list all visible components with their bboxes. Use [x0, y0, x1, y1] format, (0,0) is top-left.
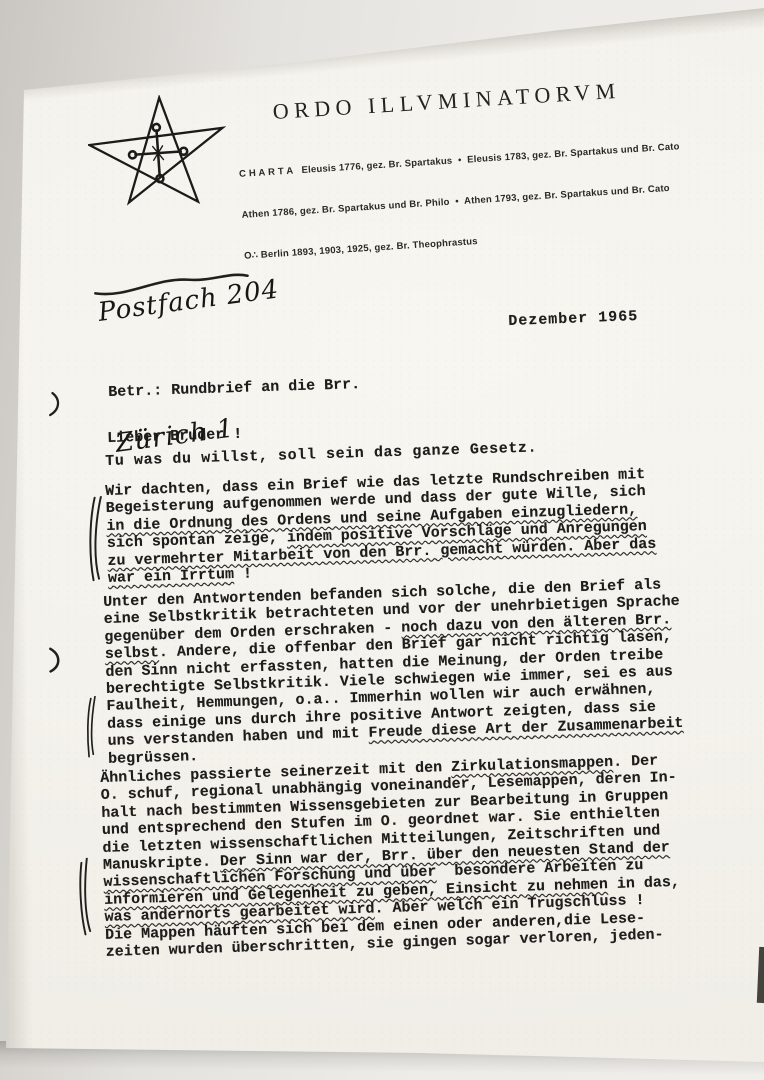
charta-line: C H A R T A Eleusis 1776, gez. Br. Spart…: [239, 140, 680, 181]
margin-double-stroke-mark: [83, 696, 98, 758]
photo-background: ORDO ILLVMINATORVM C H A R T A Eleusis 1…: [0, 0, 764, 1080]
underlined-text: selbst: [105, 644, 160, 663]
charta-line: O∴ Berlin 1893, 1903, 1925, gez. Br. The…: [244, 222, 685, 263]
charta-block: C H A R T A Eleusis 1776, gez. Br. Spart…: [237, 113, 687, 290]
margin-paren-mark: [46, 390, 66, 419]
text-segment: in das,: [608, 874, 681, 893]
date-line: Dezember 1965: [508, 308, 639, 330]
paragraph: Wir dachten, dass ein Brief wie das letz…: [105, 466, 657, 588]
margin-double-stroke-mark: [76, 858, 95, 937]
text-segment: !: [234, 565, 253, 583]
underlined-text: war ein Irrtum: [108, 566, 235, 587]
text-segment: . Der: [613, 752, 659, 770]
charta-line: Athen 1786, gez. Br. Spartakus und Br. P…: [241, 181, 682, 222]
paragraph: Unter den Antwortenden befanden sich sol…: [103, 576, 684, 768]
letter-content: ORDO ILLVMINATORVM C H A R T A Eleusis 1…: [0, 0, 764, 1080]
order-title: ORDO ILLVMINATORVM: [272, 78, 621, 125]
margin-double-stroke-mark: [85, 496, 106, 583]
text-segment: begrüssen.: [108, 748, 199, 768]
paragraph: Ähnliches passierte seinerzeit mit den Z…: [100, 752, 682, 961]
margin-paren-mark: [45, 645, 65, 674]
background-gap-sliver: [757, 947, 764, 1003]
